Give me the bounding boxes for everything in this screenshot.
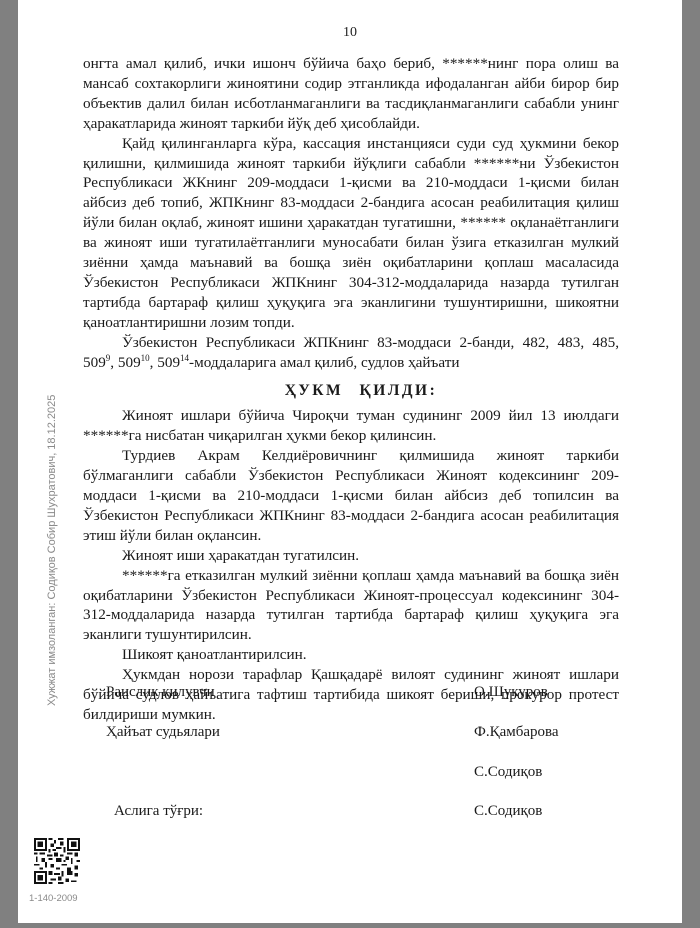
- signature-row: Ҳайъат судьялари Ф.Қамбарова: [18, 724, 682, 744]
- paragraph: онгта амал қилиб, ички ишонч бўйича баҳо…: [83, 54, 619, 134]
- signature-role: Ҳайъат судьялари: [106, 724, 220, 741]
- signature-name: О.Шукуров: [474, 684, 548, 701]
- paragraph: Жиноят ишлари бўйича Чироқчи туман судин…: [83, 406, 619, 446]
- qr-caption: 1-140-2009: [29, 893, 78, 904]
- paragraph: Турдиев Акрам Келдиёровичнинг қилмишида …: [83, 446, 619, 546]
- signature-row: С.Содиқов: [18, 764, 682, 784]
- article-ref: 50910: [118, 354, 150, 371]
- article-ref: 5099: [83, 354, 110, 371]
- e-signature-stamp: Хужжат имзоланган: Содиқов Собир Шухрато…: [46, 366, 58, 706]
- signature-row: Аслига тўғри: С.Содиқов: [18, 803, 682, 823]
- signature-name: С.Содиқов: [474, 764, 542, 781]
- signature-row: Раислик қилувчи О.Шукуров: [18, 684, 682, 704]
- paragraph: Жиноят иши ҳаракатдан тугатилсин.: [83, 546, 619, 566]
- signature-role: Аслига тўғри:: [114, 803, 203, 820]
- paragraph: Шикоят қаноатлантирилсин.: [83, 645, 619, 665]
- document-page: 10 онгта амал қилиб, ички ишонч бўйича б…: [18, 0, 682, 923]
- articles-suffix: -моддаларига амал қилиб, судлов ҳайъати: [189, 354, 459, 371]
- signature-name: Ф.Қамбарова: [474, 724, 559, 741]
- document-body: онгта амал қилиб, ички ишонч бўйича баҳо…: [83, 54, 619, 725]
- signature-name: С.Содиқов: [474, 803, 542, 820]
- article-ref: 50914: [157, 354, 189, 371]
- articles-paragraph: Ўзбекистон Республикаси ЖПКнинг 83-модда…: [83, 333, 619, 373]
- paragraph: Қайд қилинганларга кўра, кассация инстан…: [83, 134, 619, 333]
- articles-prefix: Ўзбекистон Республикаси ЖПКнинг 83-модда…: [122, 334, 619, 351]
- signature-role: Раислик қилувчи: [106, 684, 215, 701]
- verdict-heading: ҲУКМ ҚИЛДИ:: [83, 381, 619, 401]
- page-number: 10: [18, 25, 682, 41]
- paragraph: ******га етказилган мулкий зиённи қоплаш…: [83, 566, 619, 646]
- qr-code-icon: [34, 838, 80, 884]
